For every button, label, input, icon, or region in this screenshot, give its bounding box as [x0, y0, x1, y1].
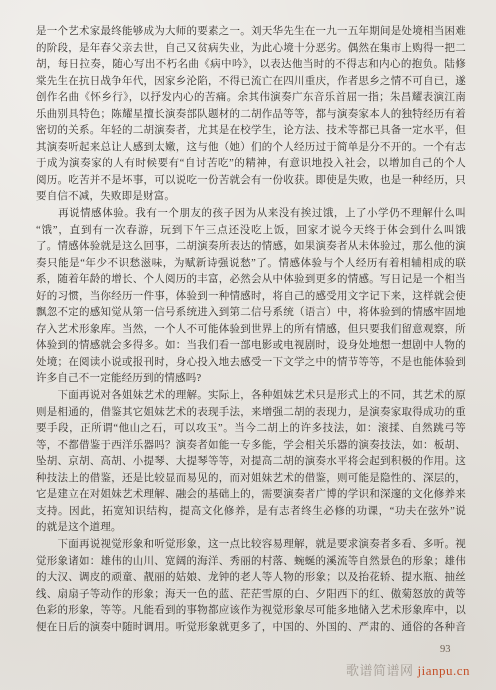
- text-line: 许多自己不一定能经历到的情感吗?: [36, 371, 466, 388]
- watermark-site-url: jianpu.cn: [418, 663, 471, 678]
- text-line: 觉形象诸如：雄伟的山川、宽阔的海洋、秀丽的村落、蜿蜒的溪流等自然景色的形象；雄伟: [36, 554, 466, 571]
- text-line: 体验到的情感就会多得多。如：当我们看一部电影或电视剧时，设身处地想一想剧中人物的: [36, 338, 466, 355]
- text-line: 的就是这个道理。: [36, 520, 466, 537]
- text-line: 系，随着年龄的增长、个人阅历的丰富，必然会从中体验到更多的情感。写日记是一个相当: [36, 272, 466, 289]
- text-line: 创作名曲《怀乡行》，以抒发内心的苦痛。余其伟演奏广东音乐首屈一指；朱昌耀表演江南: [36, 90, 466, 107]
- text-line: 阅历。吃苦并不是坏事，可以说吃一份苦就会有一份收获。即使是失败，也是一种经历，只: [36, 173, 466, 190]
- text-line: 下面再说视觉形象和听觉形象，这一点比较容易理解，就是要求演奏者多看、多听。视: [36, 537, 466, 554]
- watermark: 歌谱简谱网jianpu.cn: [346, 660, 470, 679]
- paragraph: 再说情感体验。我有一个朋友的孩子因为从来没有挨过饿，上了小学仍不理解什么叫“饿”…: [36, 206, 466, 388]
- paragraph: 下面再说对各姐妹艺术的理解。实际上，各种姐妹艺术只是形式上的不同，其艺术的原则是…: [36, 388, 466, 537]
- text-line: 支持。因此，拓宽知识结构，提高文化修养，是有志者终生必修的功课，“功夫在弦外”说: [36, 504, 466, 521]
- text-line: 再说情感体验。我有一个朋友的孩子因为从来没有挨过饿，上了小学仍不理解什么叫: [36, 206, 466, 223]
- text-line: 密切的关系。年轻的二胡演奏者，尤其是在校学生，论方法、技术等都已具备一定水平，但: [36, 123, 466, 140]
- text-line: 种技法上的借鉴，还是比较显而易见的，而对姐妹艺术的借鉴，则可能是隐性的、深层的，: [36, 471, 466, 488]
- text-line: 的阶段，是年春父亲去世，自己又贫病失业，为此心境十分恶劣。偶然在集市上购得一把二: [36, 41, 466, 58]
- text-line: 色彩的形象，等等。凡能看到的事物都应该作为视觉形象尽可能多地储入艺术形象库中，以: [36, 603, 466, 620]
- paragraph: 是一个艺术家最终能够成为大师的要素之一。刘天华先生在一九一五年期间是处境相当困难…: [36, 24, 466, 206]
- text-line: 处境；在阅读小说或报刊时，身心投入地去感受一下文学之中的情节等等，不是也能体验到: [36, 355, 466, 372]
- text-line: “饿”，直到有一次春游，玩到下午三点还没吃上饭，回家才说今天终于体会到什么叫饿: [36, 223, 466, 240]
- text-line: 则是相通的，借鉴其它姐妹艺术的表现手法，来增强二胡的表现力，是演奏家取得成功的重: [36, 405, 466, 422]
- text-line: 飘忽不定的感知觉从第一信号系统进入到第二信号系统（语言）中，将体验到的情感牢固地: [36, 305, 466, 322]
- text-line: 奏只能是“年少不识愁滋味，为赋新诗强说愁”了。情感体验与个人经历有着相辅相成的联: [36, 256, 466, 273]
- text-line: 乐曲别具特色；陈耀星擅长演奏部队题材的二胡作品等等，都与演奏家本人的独特经历有着: [36, 107, 466, 124]
- text-line: 好的习惯，当你经历一件事，体验到一种情感时，将自己的感受用文字记下来，这样就会使: [36, 289, 466, 306]
- text-line: 要自信不减，失败即是财富。: [36, 189, 466, 206]
- text-line: 于成为演奏家的人有时候要有“自讨苦吃”的精神，有意识地投入社会，以增加自己的个人: [36, 156, 466, 173]
- text-line: 坠胡、京胡、高胡、小提琴、大提琴等等，对提高二胡的演奏水平将会起到积极的作用。这: [36, 454, 466, 471]
- watermark-site-name: 歌谱简谱网: [346, 663, 414, 678]
- text-block: 是一个艺术家最终能够成为大师的要素之一。刘天华先生在一九一五年期间是处境相当困难…: [36, 24, 466, 636]
- text-line: 胡，每日拉奏，随心写出不朽名曲《病中吟》，以表达他当时的不得志和内心的抱负。陆修: [36, 57, 466, 74]
- text-line: 其演奏听起来总让人感到太嫩，这与他（她）们的个人经历过于简单是分不开的。一个有志: [36, 140, 466, 157]
- text-line: 存入艺术形象库。当然，一个人不可能体验到世界上的所有情感，但只要我们留意观察，所: [36, 322, 466, 339]
- paragraph: 下面再说视觉形象和听觉形象，这一点比较容易理解，就是要求演奏者多看、多听。视觉形…: [36, 537, 466, 636]
- text-line: 要手段，正所谓“他山之石，可以攻玉”。当今二胡上的许多技法，如：滚揉、自然跳弓等: [36, 421, 466, 438]
- text-line: 它是建立在对姐妹艺术理解、融会的基础上的，需要演奏者广博的学识和深邃的文化修养来: [36, 487, 466, 504]
- text-line: 是一个艺术家最终能够成为大师的要素之一。刘天华先生在一九一五年期间是处境相当困难: [36, 24, 466, 41]
- text-line: 了。情感体验就是这么回事，二胡演奏所表达的情感，如果演奏者从未体验过，那么他的演: [36, 239, 466, 256]
- scanned-book-page: 是一个艺术家最终能够成为大师的要素之一。刘天华先生在一九一五年期间是处境相当困难…: [0, 0, 496, 690]
- text-line: 下面再说对各姐妹艺术的理解。实际上，各种姐妹艺术只是形式上的不同，其艺术的原: [36, 388, 466, 405]
- text-line: 线、扇扇子等动作的形象；海天一色的蓝、茫茫雪原的白、夕阳西下的红、傲菊怒放的黄等: [36, 587, 466, 604]
- text-line: 棠先生在抗日战争年代，因家乡沦陷，不得已流亡在四川重庆，作者思乡之情不可自已，遂: [36, 74, 466, 91]
- page-number: 93: [440, 644, 451, 655]
- text-line: 等，不都借鉴于西洋乐器吗？演奏者如能一专多能，学会相关乐器的演奏技法，如：板胡、: [36, 438, 466, 455]
- text-line: 便在日后的演奏中随时调用。听觉形象就更多了，中国的、外国的、严肃的、通俗的各种音: [36, 620, 466, 637]
- text-line: 的大汉、调皮的顽童、靓丽的姑娘、龙钟的老人等人物的形象；以及抬花轿、提水瓶、抽丝: [36, 570, 466, 587]
